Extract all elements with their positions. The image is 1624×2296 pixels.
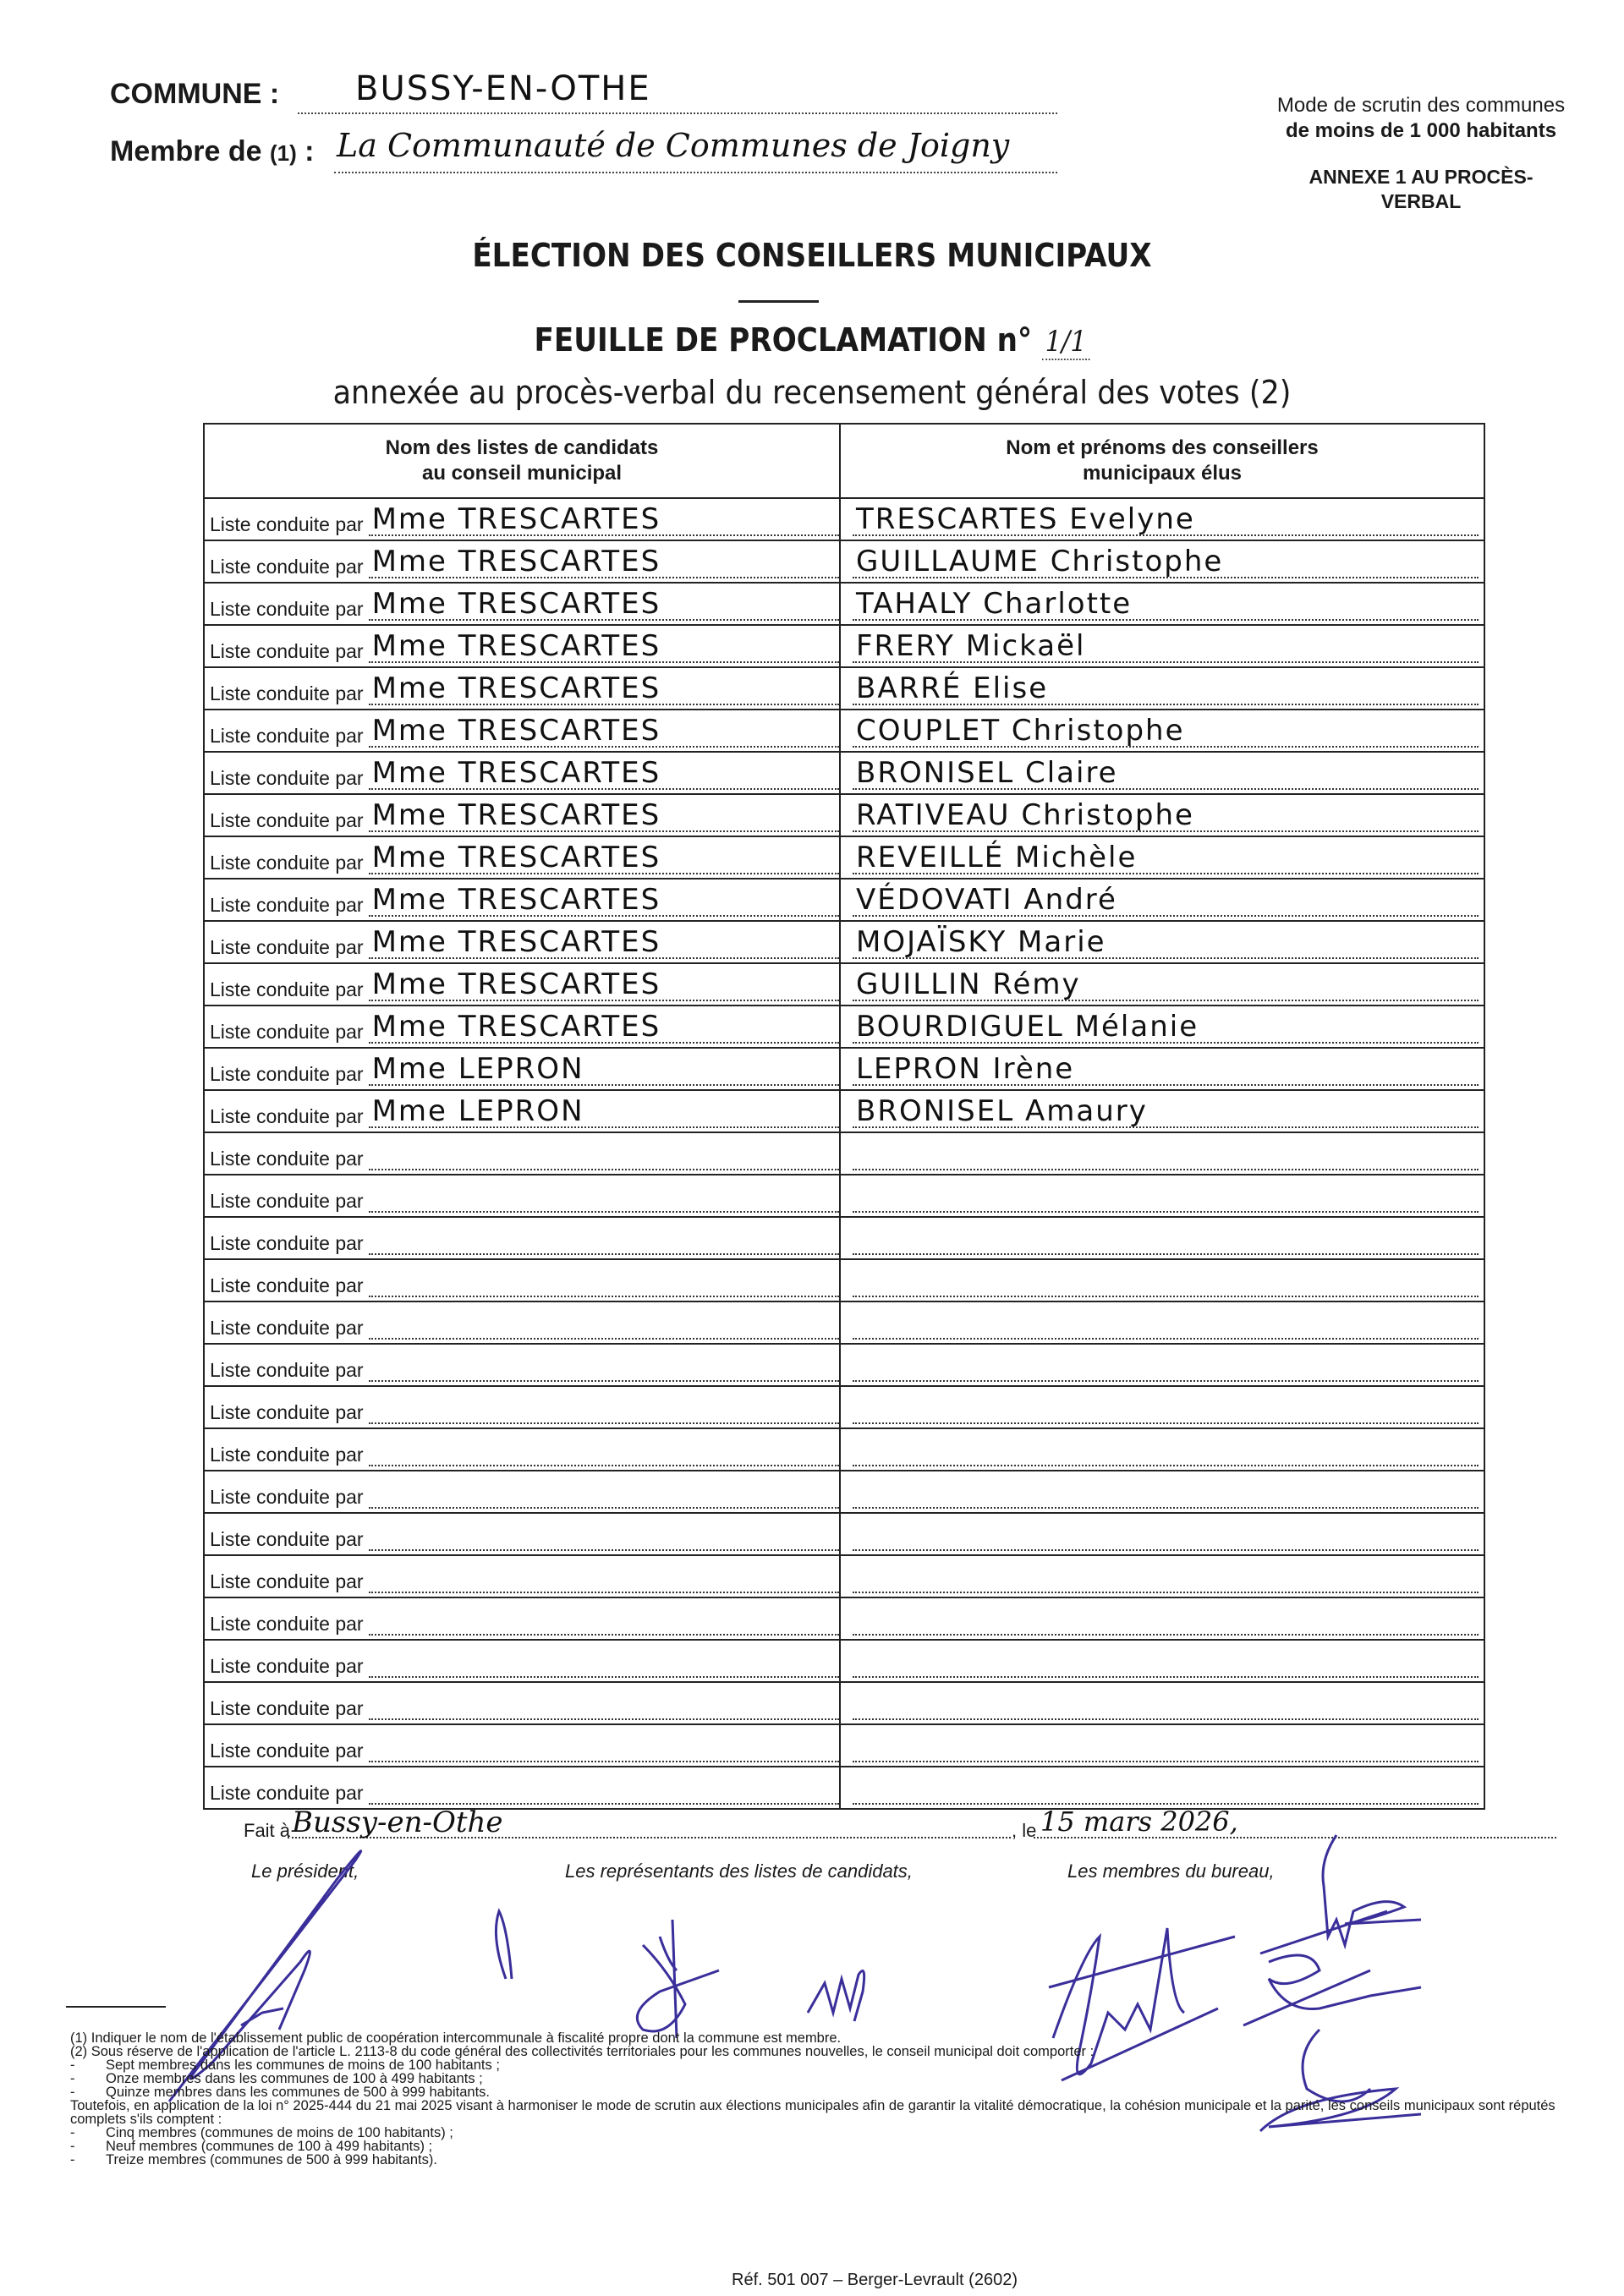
- list-cell: Liste conduite par: [204, 1471, 840, 1513]
- list-cell: Liste conduite parMme LEPRON: [204, 1090, 840, 1132]
- list-cell: Liste conduite parMme TRESCARTES: [204, 498, 840, 540]
- representant-signature-2-icon: [637, 1920, 719, 2038]
- elected-name-field[interactable]: BRONISEL Claire: [853, 763, 1479, 790]
- table-row: Liste conduite parMme TRESCARTESCOUPLET …: [204, 710, 1484, 752]
- footnote-ref-1: (1): [270, 140, 297, 166]
- list-cell: Liste conduite par: [204, 1259, 840, 1301]
- elected-name-field[interactable]: MOJAÏSKY Marie: [853, 932, 1479, 959]
- annexe-line-2: VERBAL: [1277, 189, 1565, 214]
- elected-cell: [840, 1471, 1484, 1513]
- elected-cell: [840, 1259, 1484, 1301]
- elected-name-field[interactable]: GUILLIN Rémy: [853, 974, 1479, 1001]
- elected-cell: BRONISEL Claire: [840, 752, 1484, 794]
- commune-label: COMMUNE :: [110, 78, 279, 111]
- table-row: Liste conduite parMme TRESCARTESREVEILLÉ…: [204, 836, 1484, 879]
- list-cell: Liste conduite parMme TRESCARTES: [204, 710, 840, 752]
- list-cell: Liste conduite parMme TRESCARTES: [204, 1006, 840, 1048]
- commune-field[interactable]: BUSSY-EN-OTHE: [355, 69, 651, 108]
- elected-cell: [840, 1555, 1484, 1597]
- list-leader-field[interactable]: [369, 1735, 839, 1762]
- table-row: Liste conduite par: [204, 1767, 1484, 1809]
- table-row: Liste conduite par: [204, 1132, 1484, 1175]
- list-leader-field[interactable]: [369, 1270, 839, 1297]
- column-header-elected: Nom et prénoms des conseillers municipau…: [840, 424, 1484, 498]
- table-row: Liste conduite par: [204, 1428, 1484, 1471]
- proclamation-table: Nom des listes de candidats au conseil m…: [203, 423, 1485, 1810]
- list-cell: Liste conduite par: [204, 1724, 840, 1767]
- list-cell: Liste conduite parMme TRESCARTES: [204, 879, 840, 921]
- list-leader-field[interactable]: Mme TRESCARTES: [369, 594, 839, 621]
- footnote-list-item: Onze membres dans les communes de 100 à …: [70, 2072, 1559, 2085]
- list-cell: Liste conduite par: [204, 1513, 840, 1555]
- list-leader-field[interactable]: [369, 1566, 839, 1593]
- elected-cell: [840, 1301, 1484, 1344]
- elected-cell: [840, 1175, 1484, 1217]
- liste-conduite-label: Liste conduite par: [210, 1444, 364, 1466]
- list-leader-field[interactable]: [369, 1143, 839, 1170]
- list-cell: Liste conduite par: [204, 1682, 840, 1724]
- footnote-toutefois-list: Cinq membres (communes de moins de 100 h…: [70, 2126, 1559, 2167]
- elected-cell: BRONISEL Amaury: [840, 1090, 1484, 1132]
- elected-name-field[interactable]: BOURDIGUEL Mélanie: [853, 1016, 1479, 1044]
- document-reference: Réf. 501 007 – Berger-Levrault (2602): [732, 2271, 1018, 2290]
- elected-cell: BOURDIGUEL Mélanie: [840, 1006, 1484, 1048]
- elected-cell: RATIVEAU Christophe: [840, 794, 1484, 836]
- table-header-row: Nom des listes de candidats au conseil m…: [204, 424, 1484, 498]
- table-row: Liste conduite par: [204, 1640, 1484, 1682]
- liste-conduite-label: Liste conduite par: [210, 1740, 364, 1762]
- list-cell: Liste conduite parMme TRESCARTES: [204, 583, 840, 625]
- footnote-divider: [66, 2006, 166, 2008]
- table-row: Liste conduite parMme LEPRONBRONISEL Ama…: [204, 1090, 1484, 1132]
- table-body: Liste conduite parMme TRESCARTESTRESCART…: [204, 498, 1484, 1809]
- list-leader-field[interactable]: [369, 1397, 839, 1424]
- elected-name-field[interactable]: BRONISEL Amaury: [853, 1101, 1479, 1128]
- elected-cell: [840, 1386, 1484, 1428]
- list-leader-field[interactable]: [369, 1482, 839, 1509]
- table-row: Liste conduite par: [204, 1259, 1484, 1301]
- elected-cell: COUPLET Christophe: [840, 710, 1484, 752]
- elected-name-field[interactable]: [853, 1439, 1479, 1466]
- table-row: Liste conduite parMme TRESCARTESRATIVEAU…: [204, 794, 1484, 836]
- elected-name-field[interactable]: [853, 1482, 1479, 1509]
- membre-label-text: Membre de: [110, 135, 262, 167]
- list-leader-field[interactable]: [369, 1778, 839, 1805]
- elected-name-field[interactable]: [853, 1693, 1479, 1720]
- elected-name-field[interactable]: [853, 1608, 1479, 1636]
- list-leader-field[interactable]: Mme TRESCARTES: [369, 636, 839, 663]
- table-row: Liste conduite parMme TRESCARTESTRESCART…: [204, 498, 1484, 540]
- list-leader-field[interactable]: [369, 1608, 839, 1636]
- list-cell: Liste conduite par: [204, 1428, 840, 1471]
- list-cell: Liste conduite parMme TRESCARTES: [204, 667, 840, 710]
- list-leader-field[interactable]: [369, 1651, 839, 1678]
- liste-conduite-label: Liste conduite par: [210, 598, 364, 621]
- liste-conduite-label: Liste conduite par: [210, 1486, 364, 1509]
- liste-conduite-label: Liste conduite par: [210, 767, 364, 790]
- list-leader-field[interactable]: [369, 1524, 839, 1551]
- list-leader-field[interactable]: Mme TRESCARTES: [369, 551, 839, 578]
- elected-name-field[interactable]: [853, 1143, 1479, 1170]
- list-leader-field[interactable]: Mme LEPRON: [369, 1101, 839, 1128]
- annexe-line-1: ANNEXE 1 AU PROCÈS-: [1277, 165, 1565, 189]
- elected-cell: REVEILLÉ Michèle: [840, 836, 1484, 879]
- elected-name-field[interactable]: [853, 1312, 1479, 1340]
- table-row: Liste conduite par: [204, 1386, 1484, 1428]
- feuille-number-field[interactable]: 1/1: [1042, 325, 1089, 360]
- membre-field[interactable]: La Communauté de Communes de Joigny: [337, 127, 1009, 164]
- list-leader-field[interactable]: [369, 1186, 839, 1213]
- elected-cell: [840, 1344, 1484, 1386]
- liste-conduite-label: Liste conduite par: [210, 894, 364, 917]
- footnotes: (1) Indiquer le nom de l'établissement p…: [70, 2031, 1559, 2167]
- elected-cell: [840, 1217, 1484, 1259]
- liste-conduite-label: Liste conduite par: [210, 978, 364, 1001]
- elected-name-field[interactable]: TRESCARTES Evelyne: [853, 509, 1479, 536]
- liste-conduite-label: Liste conduite par: [210, 682, 364, 705]
- elected-name-field[interactable]: [853, 1524, 1479, 1551]
- footnote-list-item: Treize membres (communes de 500 à 999 ha…: [70, 2153, 1559, 2167]
- list-cell: Liste conduite parMme TRESCARTES: [204, 540, 840, 583]
- elected-cell: GUILLAUME Christophe: [840, 540, 1484, 583]
- table-row: Liste conduite parMme TRESCARTESTAHALY C…: [204, 583, 1484, 625]
- list-cell: Liste conduite par: [204, 1132, 840, 1175]
- elected-name-field[interactable]: VÉDOVATI André: [853, 890, 1479, 917]
- list-cell: Liste conduite par: [204, 1640, 840, 1682]
- liste-conduite-label: Liste conduite par: [210, 725, 364, 748]
- list-leader-field[interactable]: Mme TRESCARTES: [369, 932, 839, 959]
- table-row: Liste conduite par: [204, 1724, 1484, 1767]
- list-cell: Liste conduite par: [204, 1386, 840, 1428]
- elected-cell: [840, 1682, 1484, 1724]
- liste-conduite-label: Liste conduite par: [210, 809, 364, 832]
- list-leader-field[interactable]: Mme TRESCARTES: [369, 805, 839, 832]
- liste-conduite-label: Liste conduite par: [210, 1148, 364, 1170]
- elected-cell: LEPRON Irène: [840, 1048, 1484, 1090]
- table-row: Liste conduite parMme TRESCARTESMOJAÏSKY…: [204, 921, 1484, 963]
- elected-cell: [840, 1640, 1484, 1682]
- elected-name-field[interactable]: [853, 1186, 1479, 1213]
- table-row: Liste conduite parMme TRESCARTESBRONISEL…: [204, 752, 1484, 794]
- list-leader-field[interactable]: [369, 1312, 839, 1340]
- liste-conduite-label: Liste conduite par: [210, 1528, 364, 1551]
- membre-field-line: [334, 172, 1057, 173]
- list-leader-field[interactable]: Mme LEPRON: [369, 1059, 839, 1086]
- list-cell: Liste conduite parMme TRESCARTES: [204, 921, 840, 963]
- elected-name-field[interactable]: [853, 1270, 1479, 1297]
- elected-name-field[interactable]: COUPLET Christophe: [853, 721, 1479, 748]
- liste-conduite-label: Liste conduite par: [210, 1317, 364, 1340]
- table-row: Liste conduite parMme TRESCARTESBOURDIGU…: [204, 1006, 1484, 1048]
- table-row: Liste conduite par: [204, 1344, 1484, 1386]
- elected-name-field[interactable]: [853, 1778, 1479, 1805]
- table-row: Liste conduite parMme TRESCARTESVÉDOVATI…: [204, 879, 1484, 921]
- table-row: Liste conduite par: [204, 1301, 1484, 1344]
- list-cell: Liste conduite parMme TRESCARTES: [204, 625, 840, 667]
- liste-conduite-label: Liste conduite par: [210, 1697, 364, 1720]
- elected-name-field[interactable]: [853, 1566, 1479, 1593]
- table-row: Liste conduite par: [204, 1217, 1484, 1259]
- representant-signature-3-icon: [808, 1971, 864, 2022]
- table-row: Liste conduite parMme TRESCARTESGUILLIN …: [204, 963, 1484, 1006]
- table-row: Liste conduite par: [204, 1471, 1484, 1513]
- elected-name-field[interactable]: TAHALY Charlotte: [853, 594, 1479, 621]
- elected-cell: VÉDOVATI André: [840, 879, 1484, 921]
- footnote-list-item: Cinq membres (communes de moins de 100 h…: [70, 2126, 1559, 2140]
- liste-conduite-label: Liste conduite par: [210, 1655, 364, 1678]
- list-cell: Liste conduite parMme TRESCARTES: [204, 836, 840, 879]
- liste-conduite-label: Liste conduite par: [210, 1232, 364, 1255]
- footnote-list-item: Sept membres dans les communes de moins …: [70, 2058, 1559, 2072]
- list-cell: Liste conduite par: [204, 1344, 840, 1386]
- list-leader-field[interactable]: [369, 1355, 839, 1382]
- elected-cell: [840, 1513, 1484, 1555]
- list-cell: Liste conduite par: [204, 1597, 840, 1640]
- elected-name-field[interactable]: BARRÉ Elise: [853, 678, 1479, 705]
- title-divider: [738, 300, 819, 303]
- elected-cell: TAHALY Charlotte: [840, 583, 1484, 625]
- liste-conduite-label: Liste conduite par: [210, 1274, 364, 1297]
- list-cell: Liste conduite parMme LEPRON: [204, 1048, 840, 1090]
- elected-name-field[interactable]: [853, 1397, 1479, 1424]
- liste-conduite-label: Liste conduite par: [210, 513, 364, 536]
- liste-conduite-label: Liste conduite par: [210, 640, 364, 663]
- mode-line-2: de moins de 1 000 habitants: [1252, 118, 1590, 144]
- table-row: Liste conduite par: [204, 1597, 1484, 1640]
- mode-line-1: Mode de scrutin des communes: [1252, 93, 1590, 118]
- table-row: Liste conduite parMme TRESCARTESGUILLAUM…: [204, 540, 1484, 583]
- elected-cell: [840, 1132, 1484, 1175]
- elected-cell: MOJAÏSKY Marie: [840, 921, 1484, 963]
- footnote-toutefois: Toutefois, en application de la loi n° 2…: [70, 2099, 1559, 2126]
- feuille-title: FEUILLE DE PROCLAMATION n° 1/1: [81, 321, 1543, 359]
- liste-conduite-label: Liste conduite par: [210, 936, 364, 959]
- footnote-1: (1) Indiquer le nom de l'établissement p…: [70, 2031, 1559, 2045]
- list-leader-field[interactable]: [369, 1228, 839, 1255]
- table-row: Liste conduite parMme TRESCARTESBARRÉ El…: [204, 667, 1484, 710]
- list-cell: Liste conduite par: [204, 1555, 840, 1597]
- list-leader-field[interactable]: Mme TRESCARTES: [369, 974, 839, 1001]
- mode-de-scrutin: Mode de scrutin des communes de moins de…: [1252, 93, 1590, 144]
- list-leader-field[interactable]: Mme TRESCARTES: [369, 509, 839, 536]
- list-cell: Liste conduite par: [204, 1767, 840, 1809]
- list-leader-field[interactable]: Mme TRESCARTES: [369, 1016, 839, 1044]
- annexe-label: ANNEXE 1 AU PROCÈS- VERBAL: [1277, 165, 1565, 214]
- page-title: ÉLECTION DES CONSEILLERS MUNICIPAUX: [81, 237, 1543, 274]
- list-leader-field[interactable]: Mme TRESCARTES: [369, 721, 839, 748]
- elected-cell: GUILLIN Rémy: [840, 963, 1484, 1006]
- elected-cell: [840, 1767, 1484, 1809]
- liste-conduite-label: Liste conduite par: [210, 556, 364, 578]
- list-cell: Liste conduite par: [204, 1301, 840, 1344]
- list-cell: Liste conduite parMme TRESCARTES: [204, 794, 840, 836]
- footnote-list-item: Quinze membres dans les communes de 500 …: [70, 2085, 1559, 2099]
- list-cell: Liste conduite parMme TRESCARTES: [204, 752, 840, 794]
- list-cell: Liste conduite par: [204, 1175, 840, 1217]
- table-row: Liste conduite par: [204, 1175, 1484, 1217]
- liste-conduite-label: Liste conduite par: [210, 1190, 364, 1213]
- commune-field-line: [298, 112, 1057, 114]
- subtitle: annexée au procès-verbal du recensement …: [65, 374, 1559, 411]
- elected-cell: [840, 1724, 1484, 1767]
- elected-name-field[interactable]: FRERY Mickaël: [853, 636, 1479, 663]
- list-leader-field[interactable]: [369, 1693, 839, 1720]
- membre-colon: :: [297, 135, 315, 167]
- elected-name-field[interactable]: LEPRON Irène: [853, 1059, 1479, 1086]
- column-header-lists: Nom des listes de candidats au conseil m…: [204, 424, 840, 498]
- liste-conduite-label: Liste conduite par: [210, 1570, 364, 1593]
- list-cell: Liste conduite parMme TRESCARTES: [204, 963, 840, 1006]
- list-leader-field[interactable]: Mme TRESCARTES: [369, 847, 839, 874]
- representant-signature-1-icon: [496, 1911, 512, 1979]
- feuille-label: FEUILLE DE PROCLAMATION n°: [535, 321, 1033, 359]
- elected-name-field[interactable]: GUILLAUME Christophe: [853, 551, 1479, 578]
- table-row: Liste conduite par: [204, 1555, 1484, 1597]
- list-leader-field[interactable]: Mme TRESCARTES: [369, 890, 839, 917]
- liste-conduite-label: Liste conduite par: [210, 1401, 364, 1424]
- liste-conduite-label: Liste conduite par: [210, 1359, 364, 1382]
- elected-name-field[interactable]: RATIVEAU Christophe: [853, 805, 1479, 832]
- list-cell: Liste conduite par: [204, 1217, 840, 1259]
- list-leader-field[interactable]: [369, 1439, 839, 1466]
- membre-label: Membre de (1) :: [110, 135, 315, 168]
- elected-cell: TRESCARTES Evelyne: [840, 498, 1484, 540]
- table-row: Liste conduite parMme TRESCARTESFRERY Mi…: [204, 625, 1484, 667]
- footnote-2: (2) Sous réserve de l'application de l'a…: [70, 2045, 1559, 2058]
- table-row: Liste conduite parMme LEPRONLEPRON Irène: [204, 1048, 1484, 1090]
- elected-name-field[interactable]: [853, 1735, 1479, 1762]
- elected-name-field[interactable]: [853, 1228, 1479, 1255]
- liste-conduite-label: Liste conduite par: [210, 1063, 364, 1086]
- liste-conduite-label: Liste conduite par: [210, 1613, 364, 1636]
- list-leader-field[interactable]: Mme TRESCARTES: [369, 678, 839, 705]
- elected-cell: FRERY Mickaël: [840, 625, 1484, 667]
- table-row: Liste conduite par: [204, 1682, 1484, 1724]
- elected-cell: BARRÉ Elise: [840, 667, 1484, 710]
- footnote-2-list: Sept membres dans les communes de moins …: [70, 2058, 1559, 2099]
- list-leader-field[interactable]: Mme TRESCARTES: [369, 763, 839, 790]
- liste-conduite-label: Liste conduite par: [210, 1105, 364, 1128]
- elected-name-field[interactable]: [853, 1355, 1479, 1382]
- liste-conduite-label: Liste conduite par: [210, 1021, 364, 1044]
- elected-name-field[interactable]: REVEILLÉ Michèle: [853, 847, 1479, 874]
- elected-cell: [840, 1597, 1484, 1640]
- table-row: Liste conduite par: [204, 1513, 1484, 1555]
- footnote-list-item: Neuf membres (communes de 100 à 499 habi…: [70, 2140, 1559, 2153]
- liste-conduite-label: Liste conduite par: [210, 852, 364, 874]
- elected-cell: [840, 1428, 1484, 1471]
- liste-conduite-label: Liste conduite par: [210, 1782, 364, 1805]
- elected-name-field[interactable]: [853, 1651, 1479, 1678]
